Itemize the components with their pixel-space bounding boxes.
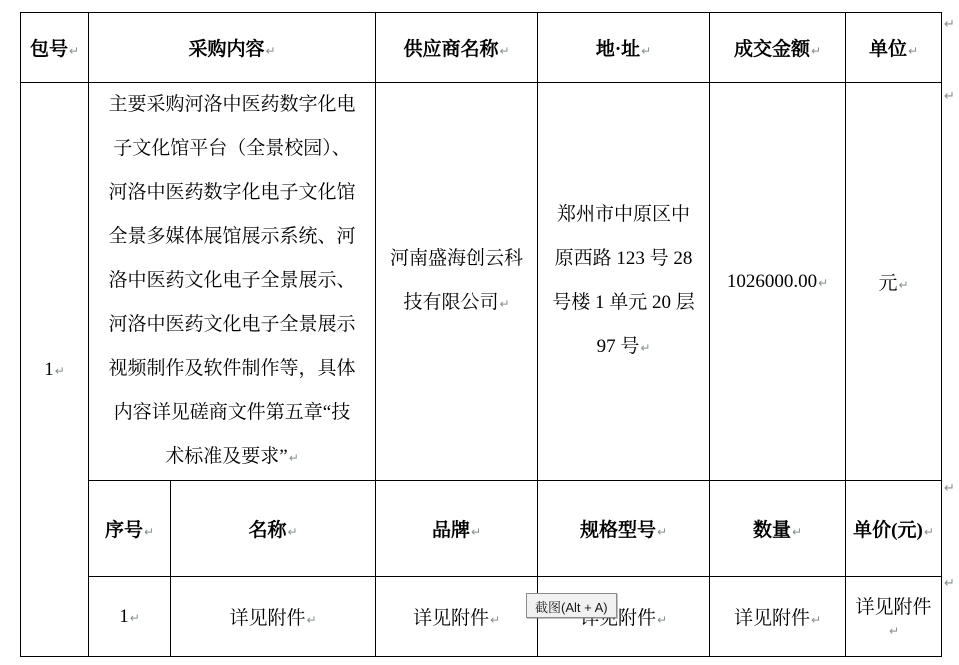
detail-brand: 详见附件↵	[376, 577, 538, 657]
pilcrow-mark: ↵	[811, 44, 821, 58]
detail-quantity-value: 详见附件	[734, 608, 810, 629]
screenshot-shortcut-tooltip: 截图(Alt + A)	[526, 593, 617, 618]
header-unit: 单位↵	[846, 13, 942, 83]
pilcrow-mark: ↵	[641, 44, 651, 58]
row-end-pilcrow-mark: ↵	[944, 18, 955, 31]
package-row: 1↵ 主要采购河洛中医药数字化电 子文化馆平台（全景校园）、 河洛中医药数字化电…	[21, 83, 942, 481]
header-package-no: 包号↵	[21, 13, 89, 83]
detail-row: 1↵ 详见附件↵ 详见附件↵ 详见附件↵ 详见附件↵ 详见附件↵	[21, 577, 942, 657]
sub-header-row: 序号↵ 名称↵ 品牌↵ 规格型号↵ 数量↵ 单价(元)↵	[21, 481, 942, 577]
pilcrow-mark: ↵	[306, 613, 316, 627]
pilcrow-mark: ↵	[289, 451, 299, 465]
procurement-content-text: 主要采购河洛中医药数字化电 子文化馆平台（全景校园）、 河洛中医药数字化电子文化…	[109, 94, 356, 467]
pilcrow-mark: ↵	[657, 525, 667, 539]
header-unit-label: 单位	[869, 39, 907, 60]
header-supplier-name: 供应商名称↵	[376, 13, 538, 83]
detail-name: 详见附件↵	[171, 577, 376, 657]
pilcrow-mark: ↵	[640, 341, 650, 355]
subheader-name: 名称↵	[171, 481, 376, 577]
subheader-unit-price: 单价(元)↵	[846, 481, 942, 577]
cell-address: 郑州市中原区中 原西路 123 号 28 号楼 1 单元 20 层 97 号↵	[538, 83, 710, 481]
screenshot-shortcut-tooltip-label: 截图(Alt + A)	[535, 600, 608, 615]
pilcrow-mark: ↵	[287, 525, 297, 539]
package-no-value: 1	[44, 359, 54, 380]
award-amount-value: 1026000.00	[727, 271, 817, 292]
header-package-no-label: 包号	[30, 39, 68, 60]
header-award-amount: 成交金额↵	[710, 13, 846, 83]
address-text: 郑州市中原区中 原西路 123 号 28 号楼 1 单元 20 层 97 号	[552, 204, 695, 357]
pilcrow-mark: ↵	[657, 613, 667, 627]
table-header-row: 包号↵ 采购内容↵ 供应商名称↵ 地·址↵ 成交金额↵ 单位↵	[21, 13, 942, 83]
cell-package-no: 1↵	[21, 83, 89, 657]
row-end-pilcrow-mark: ↵	[944, 577, 955, 590]
header-supplier-name-label: 供应商名称	[403, 39, 498, 60]
cell-unit: 元↵	[846, 83, 942, 481]
pilcrow-mark: ↵	[130, 611, 140, 625]
header-award-amount-label: 成交金额	[734, 39, 810, 60]
pilcrow-mark: ↵	[265, 44, 275, 58]
pilcrow-mark: ↵	[144, 525, 154, 539]
document-page: 包号↵ 采购内容↵ 供应商名称↵ 地·址↵ 成交金额↵ 单位↵ 1↵ 主要采购河…	[0, 0, 959, 665]
subheader-quantity: 数量↵	[710, 481, 846, 577]
detail-name-value: 详见附件	[229, 608, 305, 629]
header-address: 地·址↵	[538, 13, 710, 83]
subheader-quantity-label: 数量	[753, 520, 791, 541]
pilcrow-mark: ↵	[55, 364, 65, 378]
subheader-seq-no: 序号↵	[89, 481, 171, 577]
subheader-spec-model-label: 规格型号	[580, 520, 656, 541]
subheader-spec-model: 规格型号↵	[538, 481, 710, 577]
procurement-award-table: 包号↵ 采购内容↵ 供应商名称↵ 地·址↵ 成交金额↵ 单位↵ 1↵ 主要采购河…	[20, 12, 942, 657]
subheader-brand: 品牌↵	[376, 481, 538, 577]
pilcrow-mark: ↵	[499, 297, 509, 311]
subheader-name-label: 名称	[248, 520, 286, 541]
pilcrow-mark: ↵	[490, 613, 500, 627]
cell-award-amount: 1026000.00↵	[710, 83, 846, 481]
detail-seq-no: 1↵	[89, 577, 171, 657]
detail-unit-price: 详见附件↵	[846, 577, 942, 657]
pilcrow-mark: ↵	[499, 44, 509, 58]
detail-seq-no-value: 1	[119, 606, 129, 627]
subheader-seq-no-label: 序号	[105, 520, 143, 541]
detail-unit-price-value: 详见附件	[856, 597, 932, 618]
pilcrow-mark: ↵	[889, 624, 899, 638]
header-procurement-content-label: 采购内容	[188, 39, 264, 60]
pilcrow-mark: ↵	[471, 525, 481, 539]
subheader-brand-label: 品牌	[432, 520, 470, 541]
row-end-pilcrow-mark: ↵	[944, 90, 955, 103]
detail-quantity: 详见附件↵	[710, 577, 846, 657]
cell-supplier-name: 河南盛海创云科 技有限公司↵	[376, 83, 538, 481]
header-address-label: 地·址	[596, 39, 640, 60]
unit-value: 元	[878, 273, 897, 294]
row-end-pilcrow-mark: ↵	[944, 482, 955, 495]
cell-procurement-content: 主要采购河洛中医药数字化电 子文化馆平台（全景校园）、 河洛中医药数字化电子文化…	[89, 83, 376, 481]
pilcrow-mark: ↵	[69, 44, 79, 58]
pilcrow-mark: ↵	[908, 44, 918, 58]
detail-brand-value: 详见附件	[413, 608, 489, 629]
subheader-unit-price-label: 单价(元)	[853, 520, 923, 541]
pilcrow-mark: ↵	[898, 278, 908, 292]
pilcrow-mark: ↵	[818, 276, 828, 290]
pilcrow-mark: ↵	[792, 525, 802, 539]
header-procurement-content: 采购内容↵	[89, 13, 376, 83]
pilcrow-mark: ↵	[924, 525, 934, 539]
pilcrow-mark: ↵	[811, 613, 821, 627]
